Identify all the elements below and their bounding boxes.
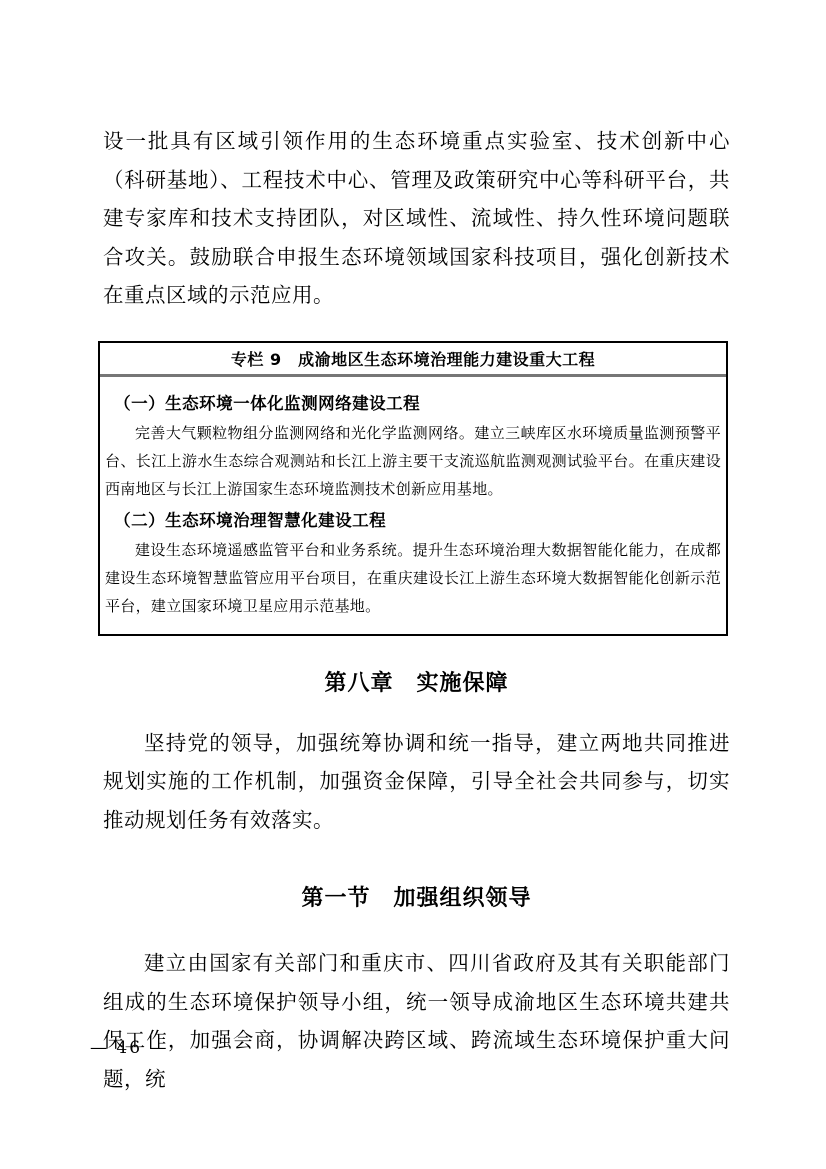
intro-paragraph: 设一批具有区域引领作用的生态环境重点实验室、技术创新中心（科研基地）、工程技术中… <box>103 122 730 315</box>
box-section-2-body: 建设生态环境遥感监管平台和业务系统。提升生态环境治理大数据智能化能力，在成都建设… <box>105 536 721 620</box>
box-section-2-heading: （二）生态环境治理智慧化建设工程 <box>105 508 721 533</box>
box-section-1-body: 完善大气颗粒物组分监测网络和光化学监测网络。建立三峡库区水环境质量监测预警平台、… <box>105 419 721 503</box>
section-paragraph: 建立由国家有关部门和重庆市、四川省政府及其有关职能部门组成的生态环境保护领导小组… <box>103 944 730 1098</box>
page-content: 设一批具有区域引领作用的生态环境重点实验室、技术创新中心（科研基地）、工程技术中… <box>103 0 730 1098</box>
document-page: 设一批具有区域引领作用的生态环境重点实验室、技术创新中心（科研基地）、工程技术中… <box>0 0 826 1169</box>
page-number: — 46 — <box>90 1038 168 1058</box>
section-heading: 第一节 加强组织领导 <box>103 882 730 915</box>
feature-box-column-9: 专栏 9 成渝地区生态环境治理能力建设重大工程 （一）生态环境一体化监测网络建设… <box>98 341 728 636</box>
feature-box-title: 专栏 9 成渝地区生态环境治理能力建设重大工程 <box>100 343 726 377</box>
feature-box-body: （一）生态环境一体化监测网络建设工程 完善大气颗粒物组分监测网络和光化学监测网络… <box>100 377 726 634</box>
box-section-1-heading: （一）生态环境一体化监测网络建设工程 <box>105 391 721 416</box>
chapter-paragraph: 坚持党的领导，加强统筹协调和统一指导，建立两地共同推进规划实施的工作机制，加强资… <box>103 724 730 840</box>
chapter-heading: 第八章 实施保障 <box>103 667 730 700</box>
